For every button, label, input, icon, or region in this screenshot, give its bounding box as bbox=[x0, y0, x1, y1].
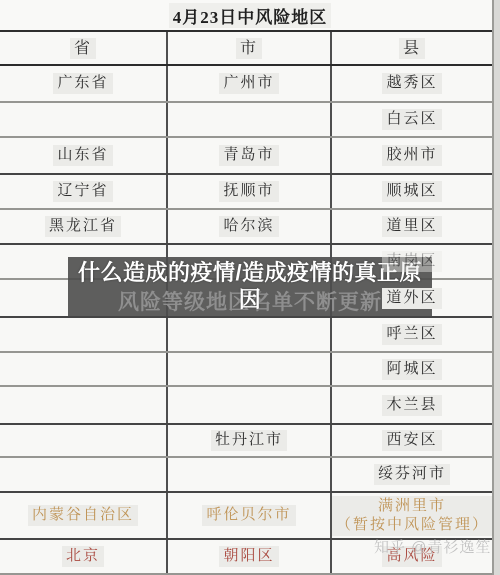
cell-province: 山东省 bbox=[0, 138, 168, 173]
table-row: 牡丹江市 西安区 bbox=[0, 425, 500, 458]
cell-province: 辽宁省 bbox=[0, 175, 168, 208]
cell-city bbox=[168, 318, 332, 351]
cell-province: 内蒙谷自治区 bbox=[0, 493, 168, 538]
table-row: 绥芬河市 bbox=[0, 458, 500, 493]
table-row-warning: 内蒙谷自治区 呼伦贝尔市 满洲里市 （暂按中风险管理） bbox=[0, 493, 500, 540]
caption-overlay: 风险等级地区名单不断更新 什么造成的疫情/造成疫情的真正原因 bbox=[68, 257, 432, 316]
cell-city bbox=[168, 387, 332, 423]
cell-city: 呼伦贝尔市 bbox=[168, 493, 332, 538]
cell-county: 绥芬河市 bbox=[332, 458, 500, 491]
cell-province bbox=[0, 387, 168, 423]
cell-county: 呼兰区 bbox=[332, 318, 500, 351]
cell-province bbox=[0, 103, 168, 136]
table-row: 辽宁省 抚顺市 顺城区 bbox=[0, 175, 500, 210]
header-row: 省 市 县 bbox=[0, 32, 500, 66]
cell-county: 满洲里市 （暂按中风险管理） bbox=[332, 493, 500, 538]
table-title-row: 4月23日中风险地区 bbox=[0, 0, 500, 32]
table-row: 黑龙江省 哈尔滨 道里区 bbox=[0, 210, 500, 245]
column-header-county: 县 bbox=[332, 32, 500, 64]
zhihu-watermark: 知乎 @青衫逸笙 bbox=[374, 536, 491, 557]
page-title: 4月23日中风险地区 bbox=[169, 3, 332, 28]
cell-county: 道里区 bbox=[332, 210, 500, 243]
table-row: 阿城区 bbox=[0, 353, 500, 387]
column-header-city: 市 bbox=[168, 32, 332, 64]
cell-county: 木兰县 bbox=[332, 387, 500, 423]
cell-province bbox=[0, 425, 168, 456]
cell-city: 广州市 bbox=[168, 66, 332, 101]
cell-city: 哈尔滨 bbox=[168, 210, 332, 243]
cell-city: 朝阳区 bbox=[168, 540, 332, 573]
cell-county: 白云区 bbox=[332, 103, 500, 136]
cell-county: 顺城区 bbox=[332, 175, 500, 208]
cell-city: 抚顺市 bbox=[168, 175, 332, 208]
cell-county: 西安区 bbox=[332, 425, 500, 456]
cell-county: 胶州市 bbox=[332, 138, 500, 173]
cell-city bbox=[168, 103, 332, 136]
overlay-headline: 什么造成的疫情/造成疫情的真正原因 bbox=[68, 257, 432, 316]
cell-province: 黑龙江省 bbox=[0, 210, 168, 243]
table-row: 白云区 bbox=[0, 103, 500, 138]
table-row: 木兰县 bbox=[0, 387, 500, 425]
risk-area-table-image: 4月23日中风险地区 省 市 县 广东省 广州市 越秀区 白云区 山东省 青岛市… bbox=[0, 0, 500, 575]
cell-city: 青岛市 bbox=[168, 138, 332, 173]
cell-city: 牡丹江市 bbox=[168, 425, 332, 456]
cell-county: 阿城区 bbox=[332, 353, 500, 385]
cell-province bbox=[0, 353, 168, 385]
table-row: 广东省 广州市 越秀区 bbox=[0, 66, 500, 103]
table-row: 山东省 青岛市 胶州市 bbox=[0, 138, 500, 175]
photo-edge-strip bbox=[492, 0, 500, 575]
table-row: 呼兰区 bbox=[0, 318, 500, 353]
cell-city bbox=[168, 458, 332, 491]
cell-province bbox=[0, 318, 168, 351]
cell-city bbox=[168, 353, 332, 385]
cell-province: 北京 bbox=[0, 540, 168, 573]
cell-province bbox=[0, 458, 168, 491]
cell-province: 广东省 bbox=[0, 66, 168, 101]
column-header-province: 省 bbox=[0, 32, 168, 64]
cell-county: 越秀区 bbox=[332, 66, 500, 101]
